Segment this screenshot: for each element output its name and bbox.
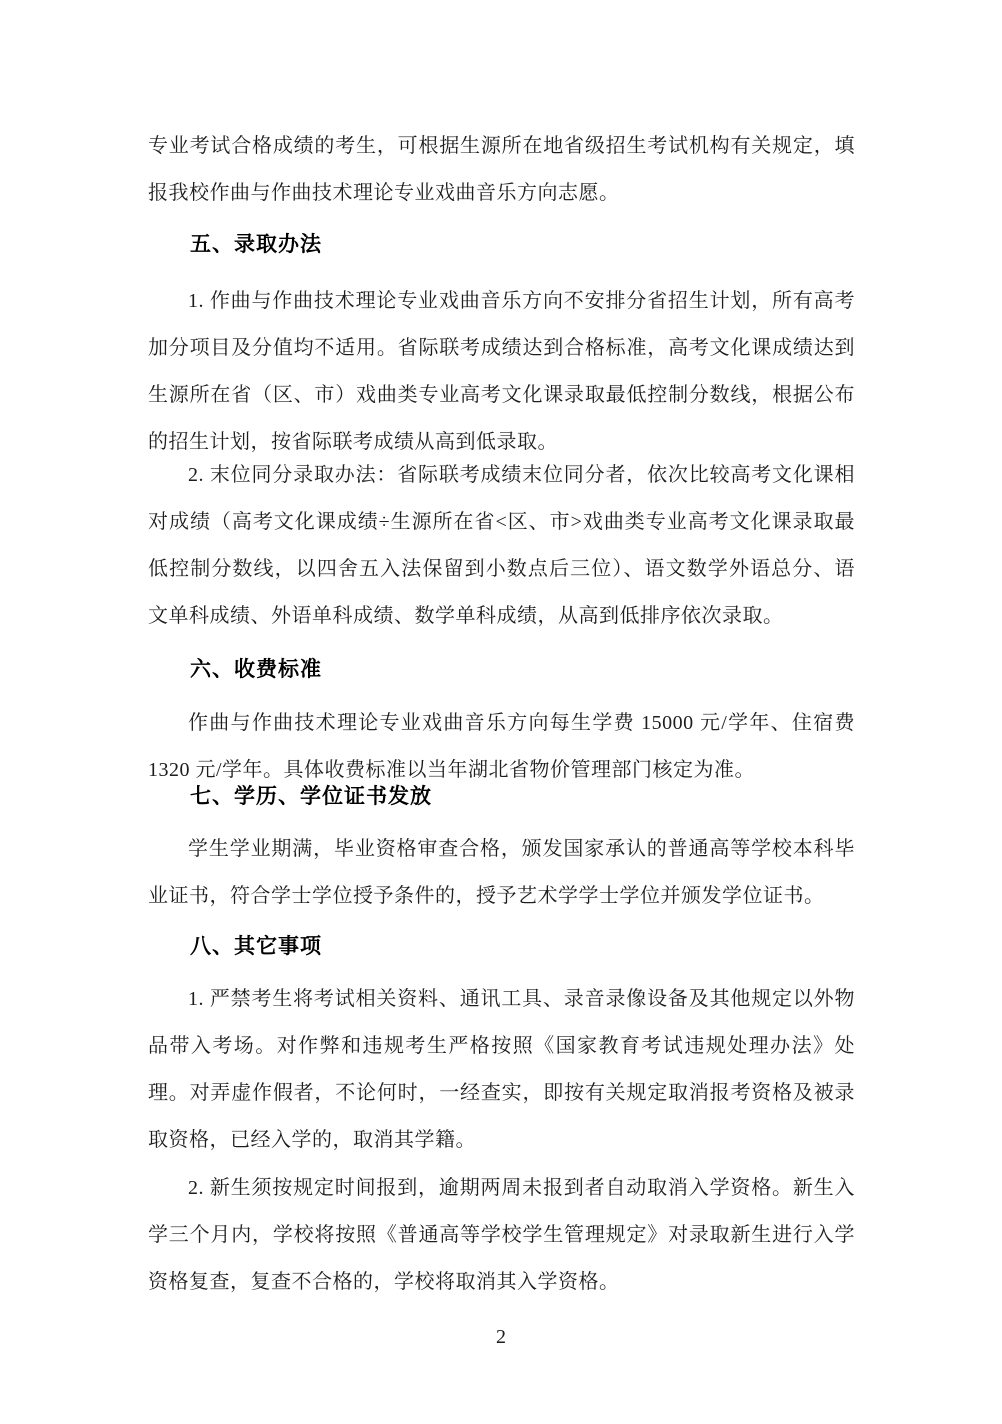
- paragraph-admission-rule-1: 1. 作曲与作曲技术理论专业戏曲音乐方向不安排分省招生计划，所有高考加分项目及分…: [148, 278, 855, 466]
- paragraph-diploma: 学生学业期满，毕业资格审查合格，颁发国家承认的普通高等学校本科毕业证书，符合学士…: [148, 826, 855, 920]
- paragraph-other-matters-1: 1. 严禁考生将考试相关资料、通讯工具、录音录像设备及其他规定以外物品带入考场。…: [148, 976, 855, 1164]
- section-heading-other-matters: 八、其它事项: [148, 923, 855, 970]
- continuation-paragraph: 专业考试合格成绩的考生，可根据生源所在地省级招生考试机构有关规定，填报我校作曲与…: [148, 123, 855, 217]
- document-page: 专业考试合格成绩的考生，可根据生源所在地省级招生考试机构有关规定，填报我校作曲与…: [0, 0, 1002, 1424]
- page-number: 2: [0, 1322, 1002, 1352]
- section-heading-admission-method: 五、录取办法: [148, 221, 855, 268]
- section-heading-fees: 六、收费标准: [148, 646, 855, 693]
- paragraph-admission-rule-2: 2. 末位同分录取办法：省际联考成绩末位同分者，依次比较高考文化课相对成绩（高考…: [148, 452, 855, 640]
- section-heading-diploma: 七、学历、学位证书发放: [148, 773, 855, 820]
- paragraph-other-matters-2: 2. 新生须按规定时间报到，逾期两周未报到者自动取消入学资格。新生入学三个月内，…: [148, 1165, 855, 1306]
